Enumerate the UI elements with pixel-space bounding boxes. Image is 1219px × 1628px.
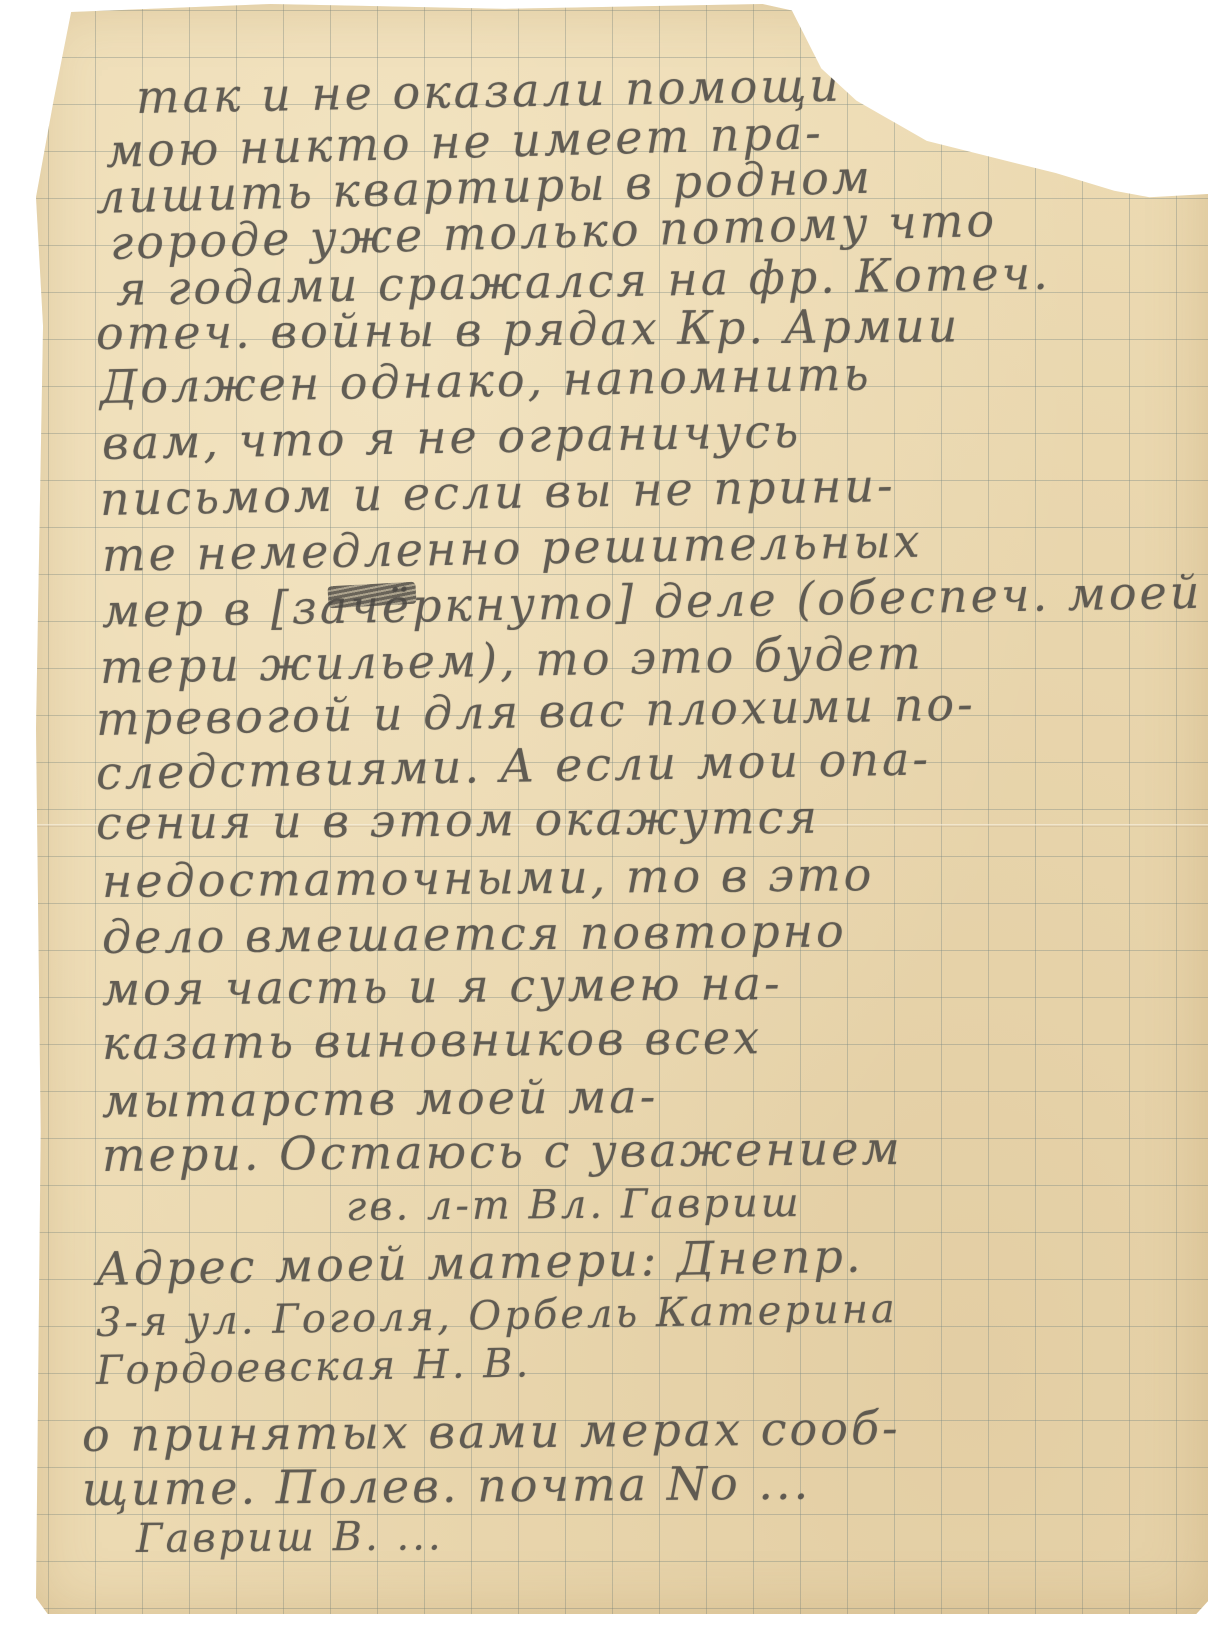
letter-line-16: недостаточными, то в это xyxy=(102,847,875,908)
letter-line-15: сения и в этом окажутся xyxy=(96,790,820,850)
letter-line-19: казать виновников всех xyxy=(102,1010,762,1070)
letter-line-18: моя часть и я сумею на- xyxy=(102,956,783,1016)
letter-line-28: Гавриш В. ... xyxy=(136,1513,444,1562)
letter-line-25: Гордоевская Н. В. xyxy=(96,1340,532,1394)
letter-line-27: щите. Полев. почта No ... xyxy=(82,1456,812,1516)
letter-line-8: вам, что я не ограничусь xyxy=(102,404,802,470)
signature: гв. л-т Вл. Гавриш xyxy=(346,1180,802,1230)
letter-line-23: Адрес моей матери: Днепр. xyxy=(96,1229,864,1296)
letter-line-17: дело вмешается повторно xyxy=(102,904,847,964)
letter-line-24: 3-я ул. Гоголя, Орбель Катерина xyxy=(96,1286,899,1346)
letter-page: так и не оказали помощи мою никто не име… xyxy=(36,4,1208,1614)
letter-line-26: о принятых вами мерах сооб- xyxy=(82,1401,901,1462)
letter-line-21: тери. Остаюсь с уважением xyxy=(102,1121,903,1182)
letter-line-20: мытарств моей ма- xyxy=(102,1069,659,1128)
